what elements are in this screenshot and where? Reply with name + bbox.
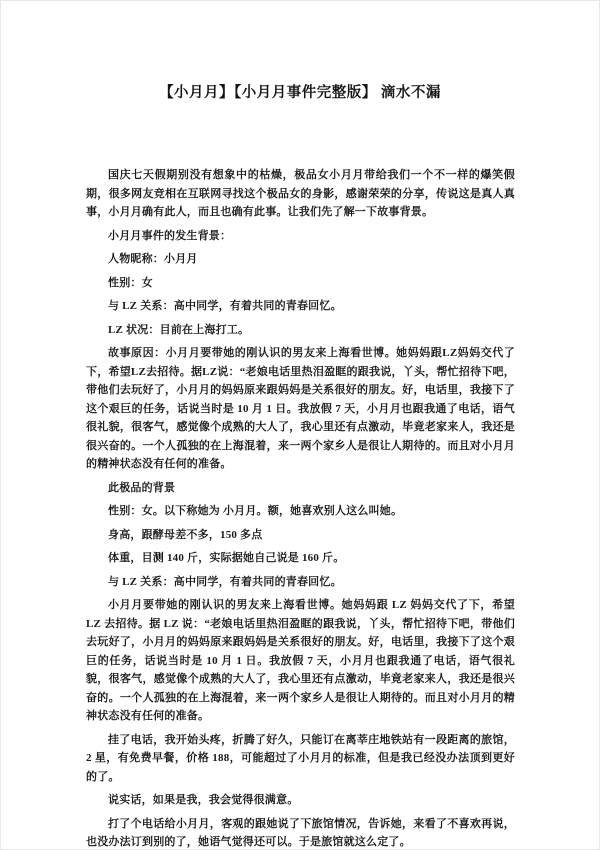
paragraph: 身高，跟酵母差不多，150 多点 (86, 526, 515, 545)
document-body: 国庆七天假期别没有想象中的枯燥，极品女小月月带给我们一个不一样的爆笑假期，很多网… (1, 102, 599, 850)
paragraph: 人物昵称：小月月 (86, 250, 515, 269)
paragraph: 与 LZ 关系：高中同学，有着共同的青春回忆。 (86, 573, 515, 592)
paragraph: 挂了电话，我开始头疼，折腾了好久，只能订在离莘庄地铁站有一段距离的旅馆，2 星，… (86, 731, 515, 787)
paragraph: 小月月要带她的刚认识的男友来上海看世博。她妈妈跟 LZ 妈妈交代了下，希望 LZ… (86, 596, 515, 726)
paragraph: 小月月事件的发生背景： (86, 227, 515, 246)
paragraph: 性别：女 (86, 274, 515, 293)
document-page: 【小月月】【小月月事件完整版】 滴水不漏 国庆七天假期别没有想象中的枯燥，极品女… (0, 0, 600, 850)
paragraph: 说实话，如果是我，我会觉得很满意。 (86, 791, 515, 810)
paragraph: 打了个电话给小月月，客观的跟她说了下旅馆情况，告诉她，来看了不喜欢再说，也没办法… (86, 815, 515, 850)
paragraph: 故事原因：小月月要带她的刚认识的男友来上海看世博。她妈妈跟LZ妈妈交代了下，希望… (86, 344, 515, 474)
paragraph: 此极品的背景 (86, 479, 515, 498)
document-title: 【小月月】【小月月事件完整版】 滴水不漏 (1, 1, 599, 102)
paragraph: 体重，目测 140 斤，实际据她自己说是 160 斤。 (86, 549, 515, 568)
paragraph: 与 LZ 关系：高中同学，有着共同的青春回忆。 (86, 297, 515, 316)
paragraph: 性别：女。以下称她为 小月月。额，她喜欢别人这么叫她。 (86, 502, 515, 521)
paragraph: 国庆七天假期别没有想象中的枯燥，极品女小月月带给我们一个不一样的爆笑假期，很多网… (86, 166, 515, 222)
paragraph: LZ 状况：目前在上海打工。 (86, 321, 515, 340)
